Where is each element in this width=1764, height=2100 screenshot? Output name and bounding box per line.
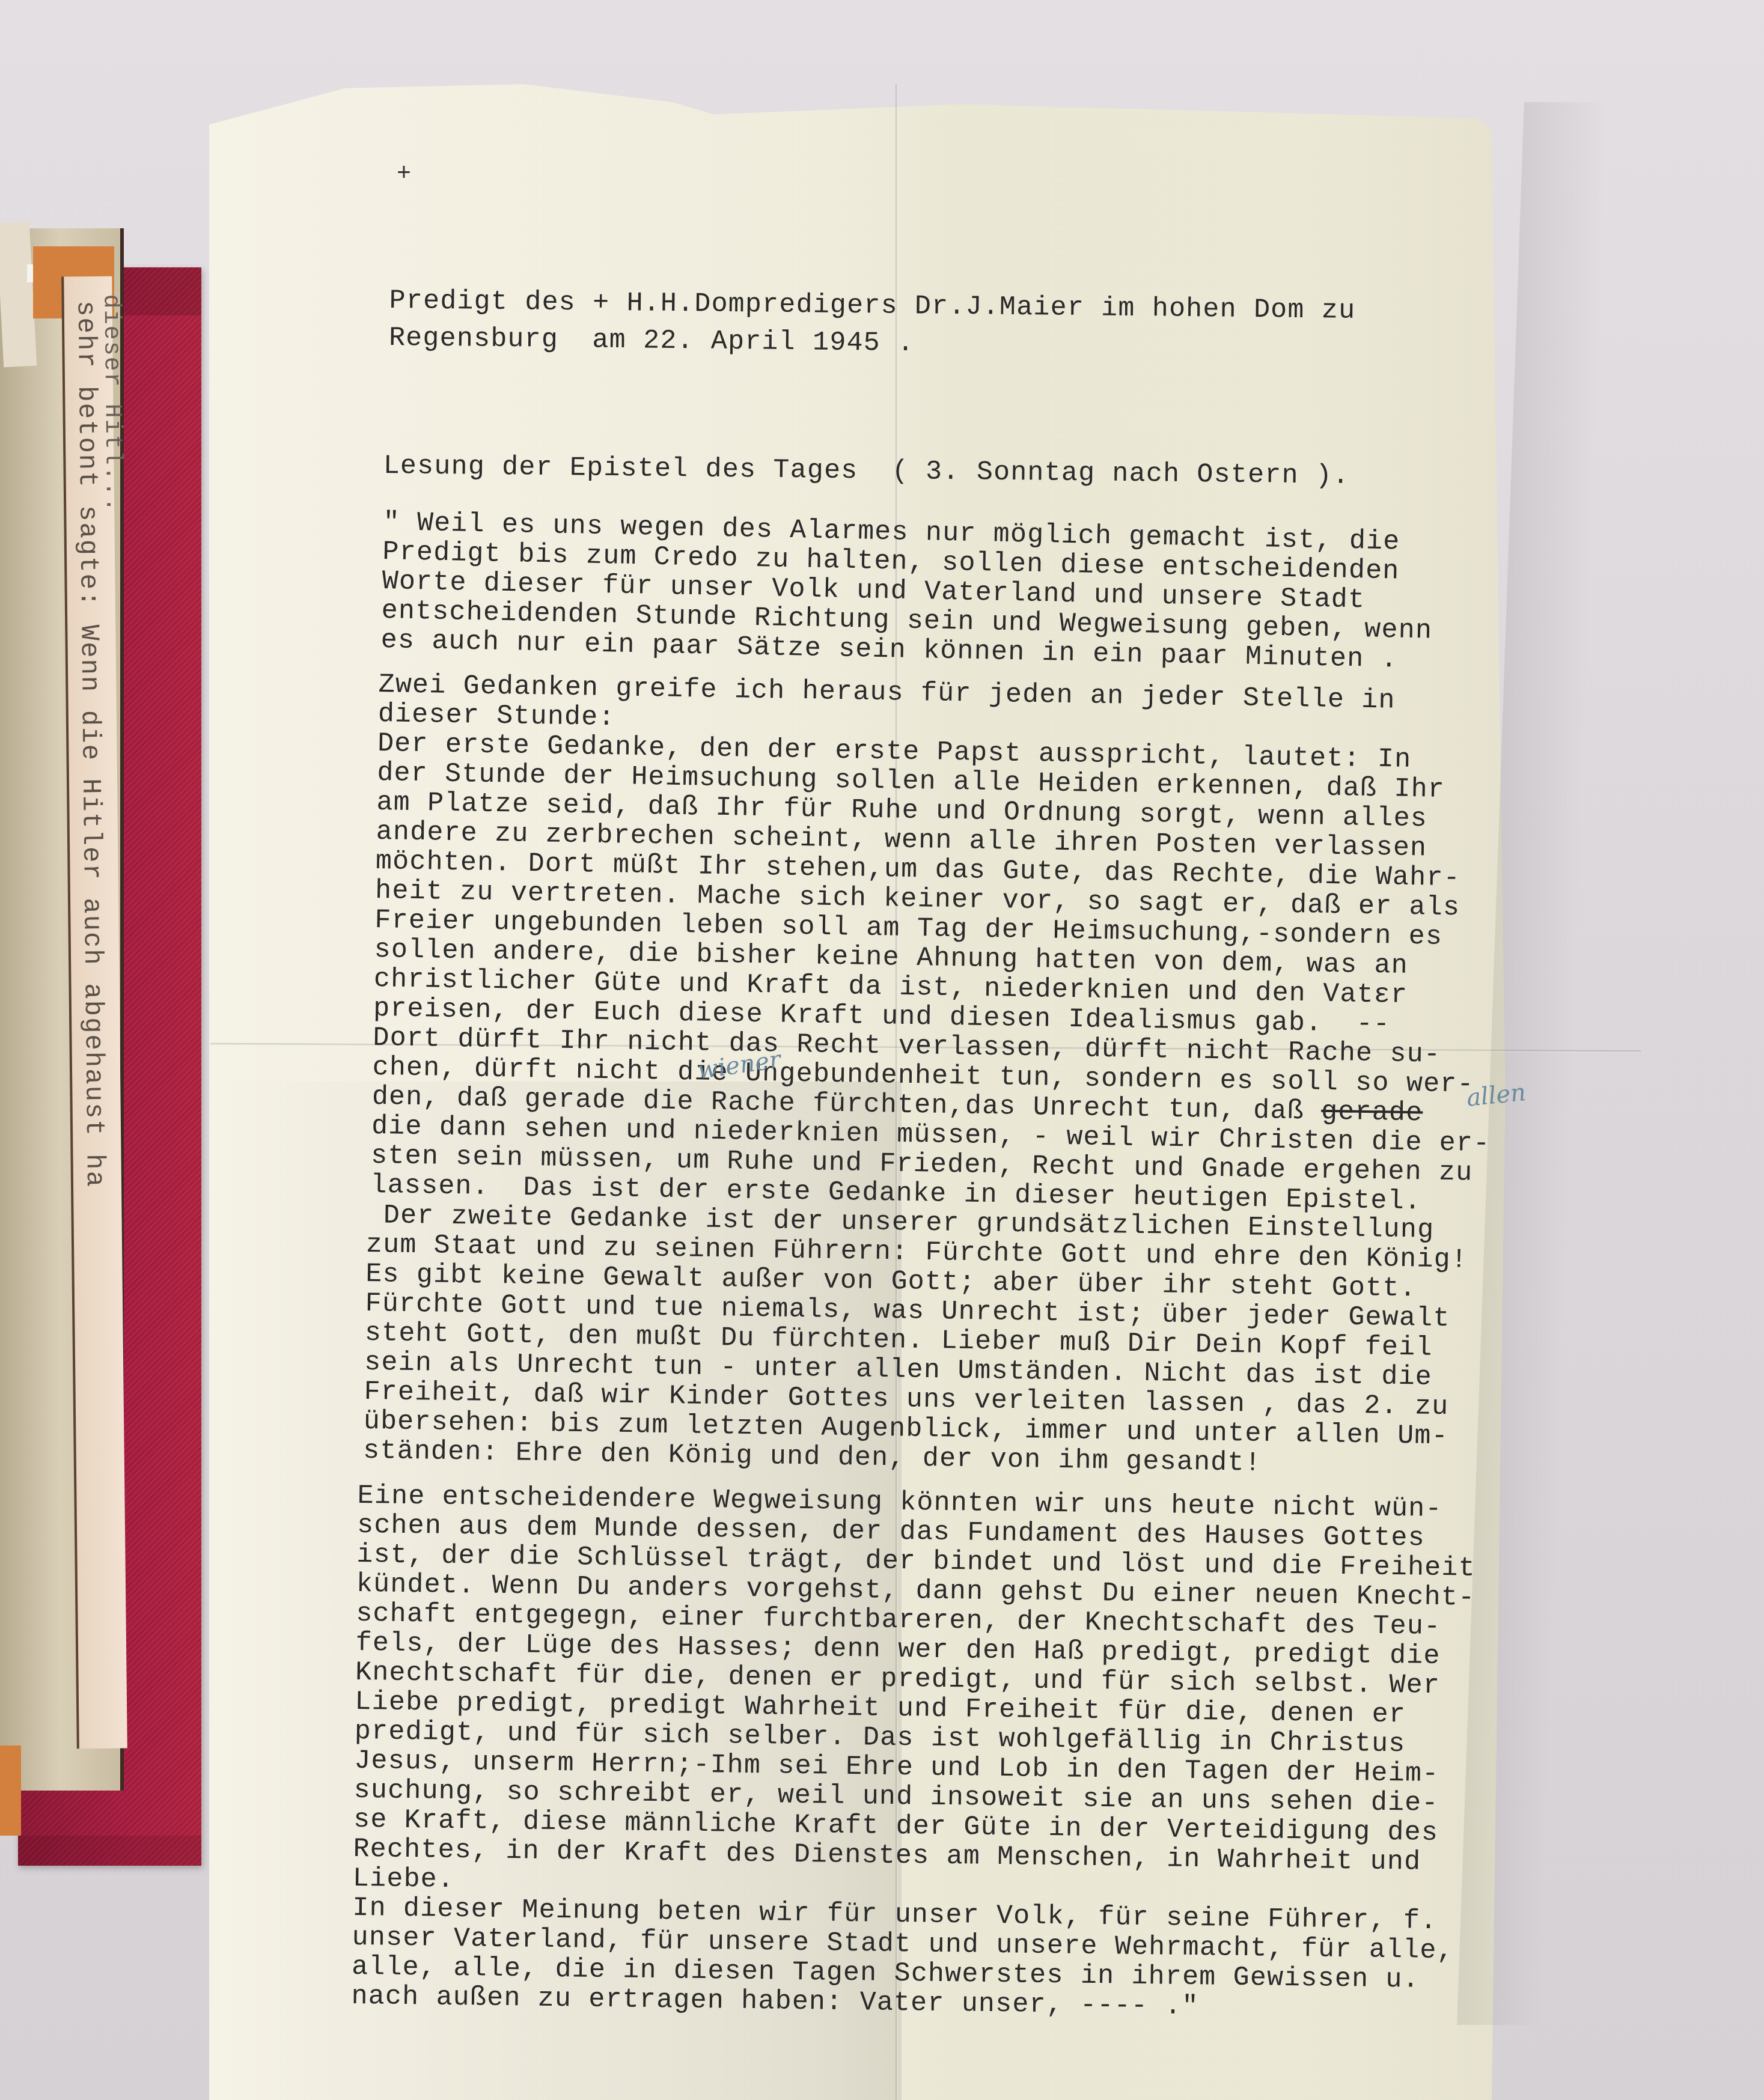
orange-tab-bottom — [0, 1745, 21, 1836]
paragraph-guidance-and-prayer: Eine entscheidendere Wegweisung könnten … — [351, 1481, 1476, 2025]
cross-mark: + — [397, 161, 411, 188]
paragraph-intro: " Weil es uns wegen des Alarmes nur mögl… — [380, 508, 1434, 675]
paragraph-first-thought: Zwei Gedanken greife ich heraus für jede… — [370, 670, 1497, 1217]
folder-bottom-band — [18, 1836, 201, 1866]
document-title: Predigt des + H.H.Dompredigers Dr.J.Maie… — [389, 282, 1356, 367]
paragraph-second-thought: Der zweite Gedanke ist der unserer grund… — [363, 1201, 1468, 1481]
strip-text-2: dieser Hitl... — [97, 294, 126, 513]
struck-word: gerade — [1321, 1097, 1423, 1129]
